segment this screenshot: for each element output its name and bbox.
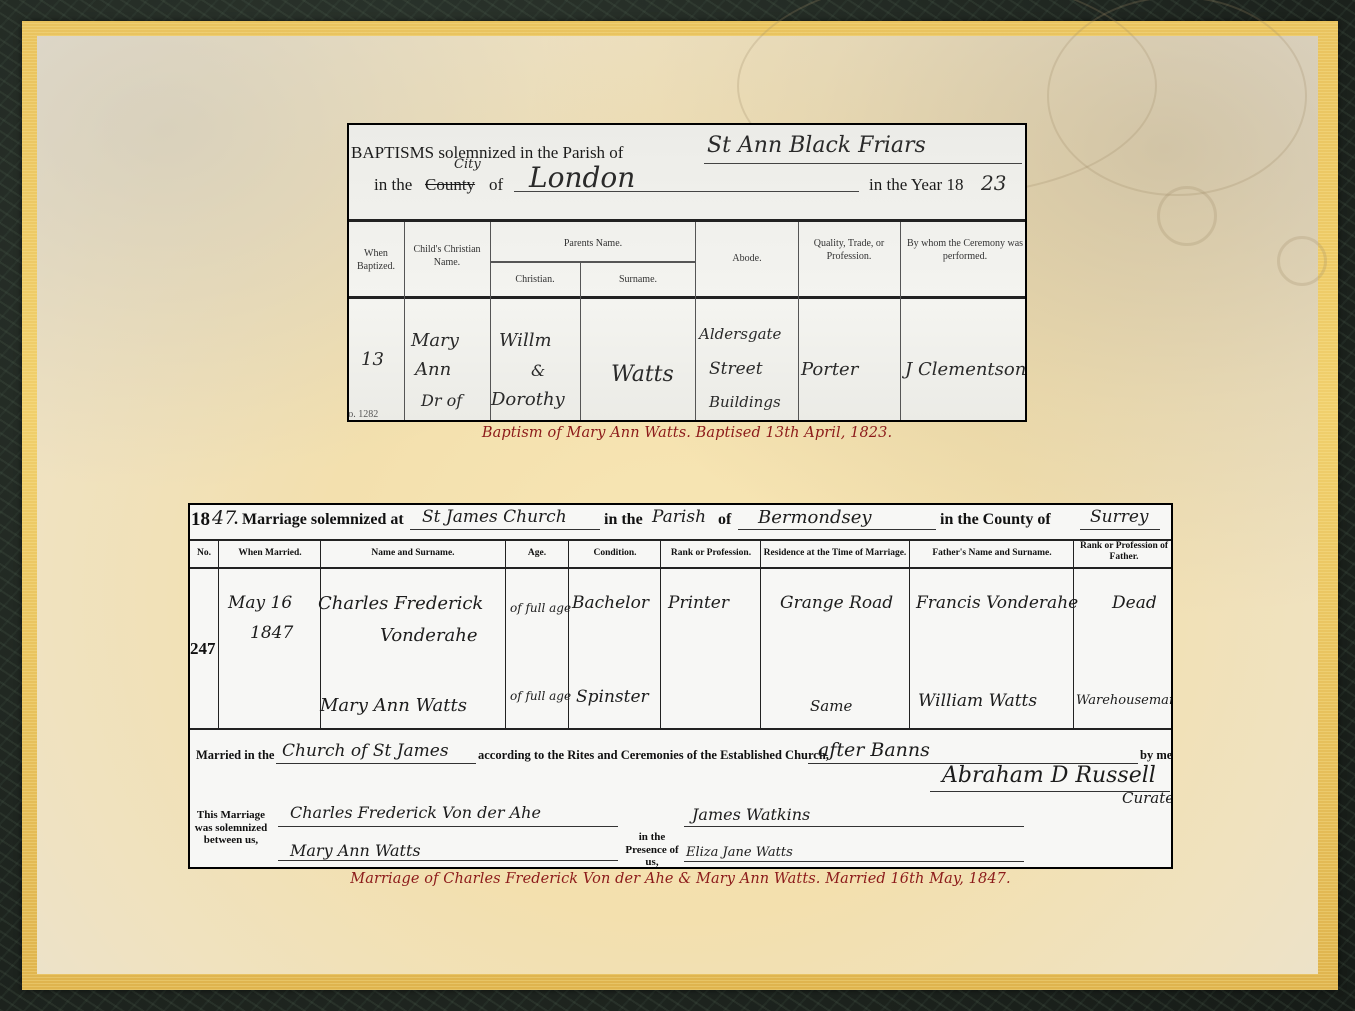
groom-residence: Grange Road [780,593,893,613]
witness-2: Eliza Jane Watts [686,845,793,860]
by-me-label: by me, [1140,748,1173,763]
col-father-rank: Rank or Profession of Father. [1075,541,1173,563]
col-parents-name: Parents Name. [491,237,695,250]
underline [514,191,859,192]
presence-label: in the Presence of us, [622,831,682,869]
col-when-baptized: When Baptized. [351,247,401,273]
bride-signature: Mary Ann Watts [290,841,421,860]
column-divider [660,541,661,729]
flourish-ornament [1047,0,1307,196]
bride-name: Mary Ann Watts [320,695,467,716]
baptism-record-image: BAPTISMS solemnized in the Parish of St … [347,123,1027,422]
col-when-married: When Married. [220,548,320,559]
underline [278,860,618,861]
parent-christian-line3: Dorothy [491,389,565,410]
abode-line2: Street [709,359,763,379]
col-name: Name and Surname. [322,548,504,559]
baptism-caption: Baptism of Mary Ann Watts. Baptised 13th… [347,425,1027,441]
groom-name-line2: Vonderahe [380,625,478,646]
county-struck: County [425,175,475,195]
column-divider [404,222,405,422]
column-divider [218,541,219,729]
marriage-year: 47 [212,507,236,529]
groom-father-rank: Dead [1112,593,1157,613]
profession: Porter [801,359,858,380]
marriage-heading-4: in the County of [940,511,1051,529]
parent-christian-line2: & [531,361,545,380]
underline [410,529,600,530]
baptism-line2-prefix: in the [374,175,412,195]
column-divider [900,222,901,422]
bride-father-rank: Warehouseman [1076,693,1173,708]
marriage-heading-3: of [718,511,731,529]
church-name: St James Church [422,507,567,527]
officiant-signature: Abraham D Russell [942,763,1156,788]
groom-condition: Bachelor [572,593,649,613]
col-ceremony: By whom the Ceremony was performed. [905,237,1025,263]
abode-line1: Aldersgate [699,325,781,343]
column-divider [760,541,761,729]
bride-father: William Watts [918,691,1037,711]
bride-age: of full age [510,689,571,703]
rule [349,296,1025,299]
rule [190,567,1171,569]
rites-text: according to the Rites and Ceremonies of… [478,748,829,763]
groom-name-line1: Charles Frederick [318,593,483,614]
column-divider [1073,541,1074,729]
place-name: Bermondsey [758,507,872,528]
flourish-ornament [1277,236,1327,286]
col-condition: Condition. [570,548,660,559]
marriage-heading-2: in the [604,511,643,529]
col-age: Age. [506,548,568,559]
baptism-year: 23 [981,171,1006,195]
marriage-caption: Marriage of Charles Frederick Von der Ah… [188,871,1173,887]
abode-line3: Buildings [709,393,781,411]
marriage-heading-1: . Marriage solemnized at [234,511,404,529]
child-name-line1: Mary [411,330,459,351]
column-divider [798,222,799,422]
entry-number: 13 [361,349,384,370]
bride-condition: Spinster [576,687,649,707]
child-name-line2: Ann [415,359,451,380]
col-father: Father's Name and Surname. [911,548,1073,559]
baptism-year-label: in the Year 18 [869,175,963,195]
baptism-parish: St Ann Black Friars [707,133,926,158]
col-surname: Surname. [581,273,695,286]
bride-residence: Same [810,697,852,715]
rule [491,261,695,263]
groom-father: Francis Vonderahe [916,593,1078,613]
baptism-heading: BAPTISMS solemnized in the Parish of [351,143,623,163]
city-insert: City [454,157,481,172]
parish-name: Parish [652,507,706,527]
baptism-line2-of: of [489,175,503,195]
after-banns: after Banns [818,739,930,761]
col-no: No. [192,548,216,559]
col-rank: Rank or Profession. [662,548,760,559]
solemnized-label: This Marriage was solemnized between us, [192,809,270,847]
register-number: No. 1282 [347,409,378,420]
marriage-record-image: 18 47 . Marriage solemnized at St James … [188,503,1173,869]
col-abode: Abode. [696,252,798,265]
col-quality: Quality, Trade, or Profession. [801,237,897,263]
county-name: Surrey [1090,507,1149,527]
witness-1: James Watkins [692,805,810,824]
underline [278,826,618,827]
entry-number: 247 [190,639,216,659]
underline [684,861,1024,862]
groom-signature: Charles Frederick Von der Ahe [290,803,541,822]
underline [1080,529,1160,530]
baptism-place: London [529,161,635,194]
groom-age: of full age [510,601,571,615]
marriage-year-prefix: 18 [191,509,210,531]
groom-rank: Printer [668,593,729,613]
rule [190,539,1171,541]
col-residence: Residence at the Time of Marriage. [762,548,908,559]
rule [190,728,1171,730]
underline [276,763,476,764]
parent-christian-line1: Willm [499,330,552,351]
officiant-title: Curate [1122,789,1173,807]
underline [738,529,936,530]
underline [684,826,1024,827]
child-name-line3: Dr of [421,391,462,410]
married-in-church: Church of St James [282,741,449,761]
date-line2: 1847 [250,623,293,643]
officiant: J Clementson [905,359,1026,380]
date-line1: May 16 [228,593,292,613]
column-divider [909,541,910,729]
column-divider [505,541,506,729]
col-christian: Christian. [491,273,579,286]
married-in-label: Married in the [196,748,274,763]
col-childs-name: Child's Christian Name. [407,243,487,269]
surname: Watts [611,362,674,387]
rule [349,219,1025,222]
underline [704,163,1022,164]
